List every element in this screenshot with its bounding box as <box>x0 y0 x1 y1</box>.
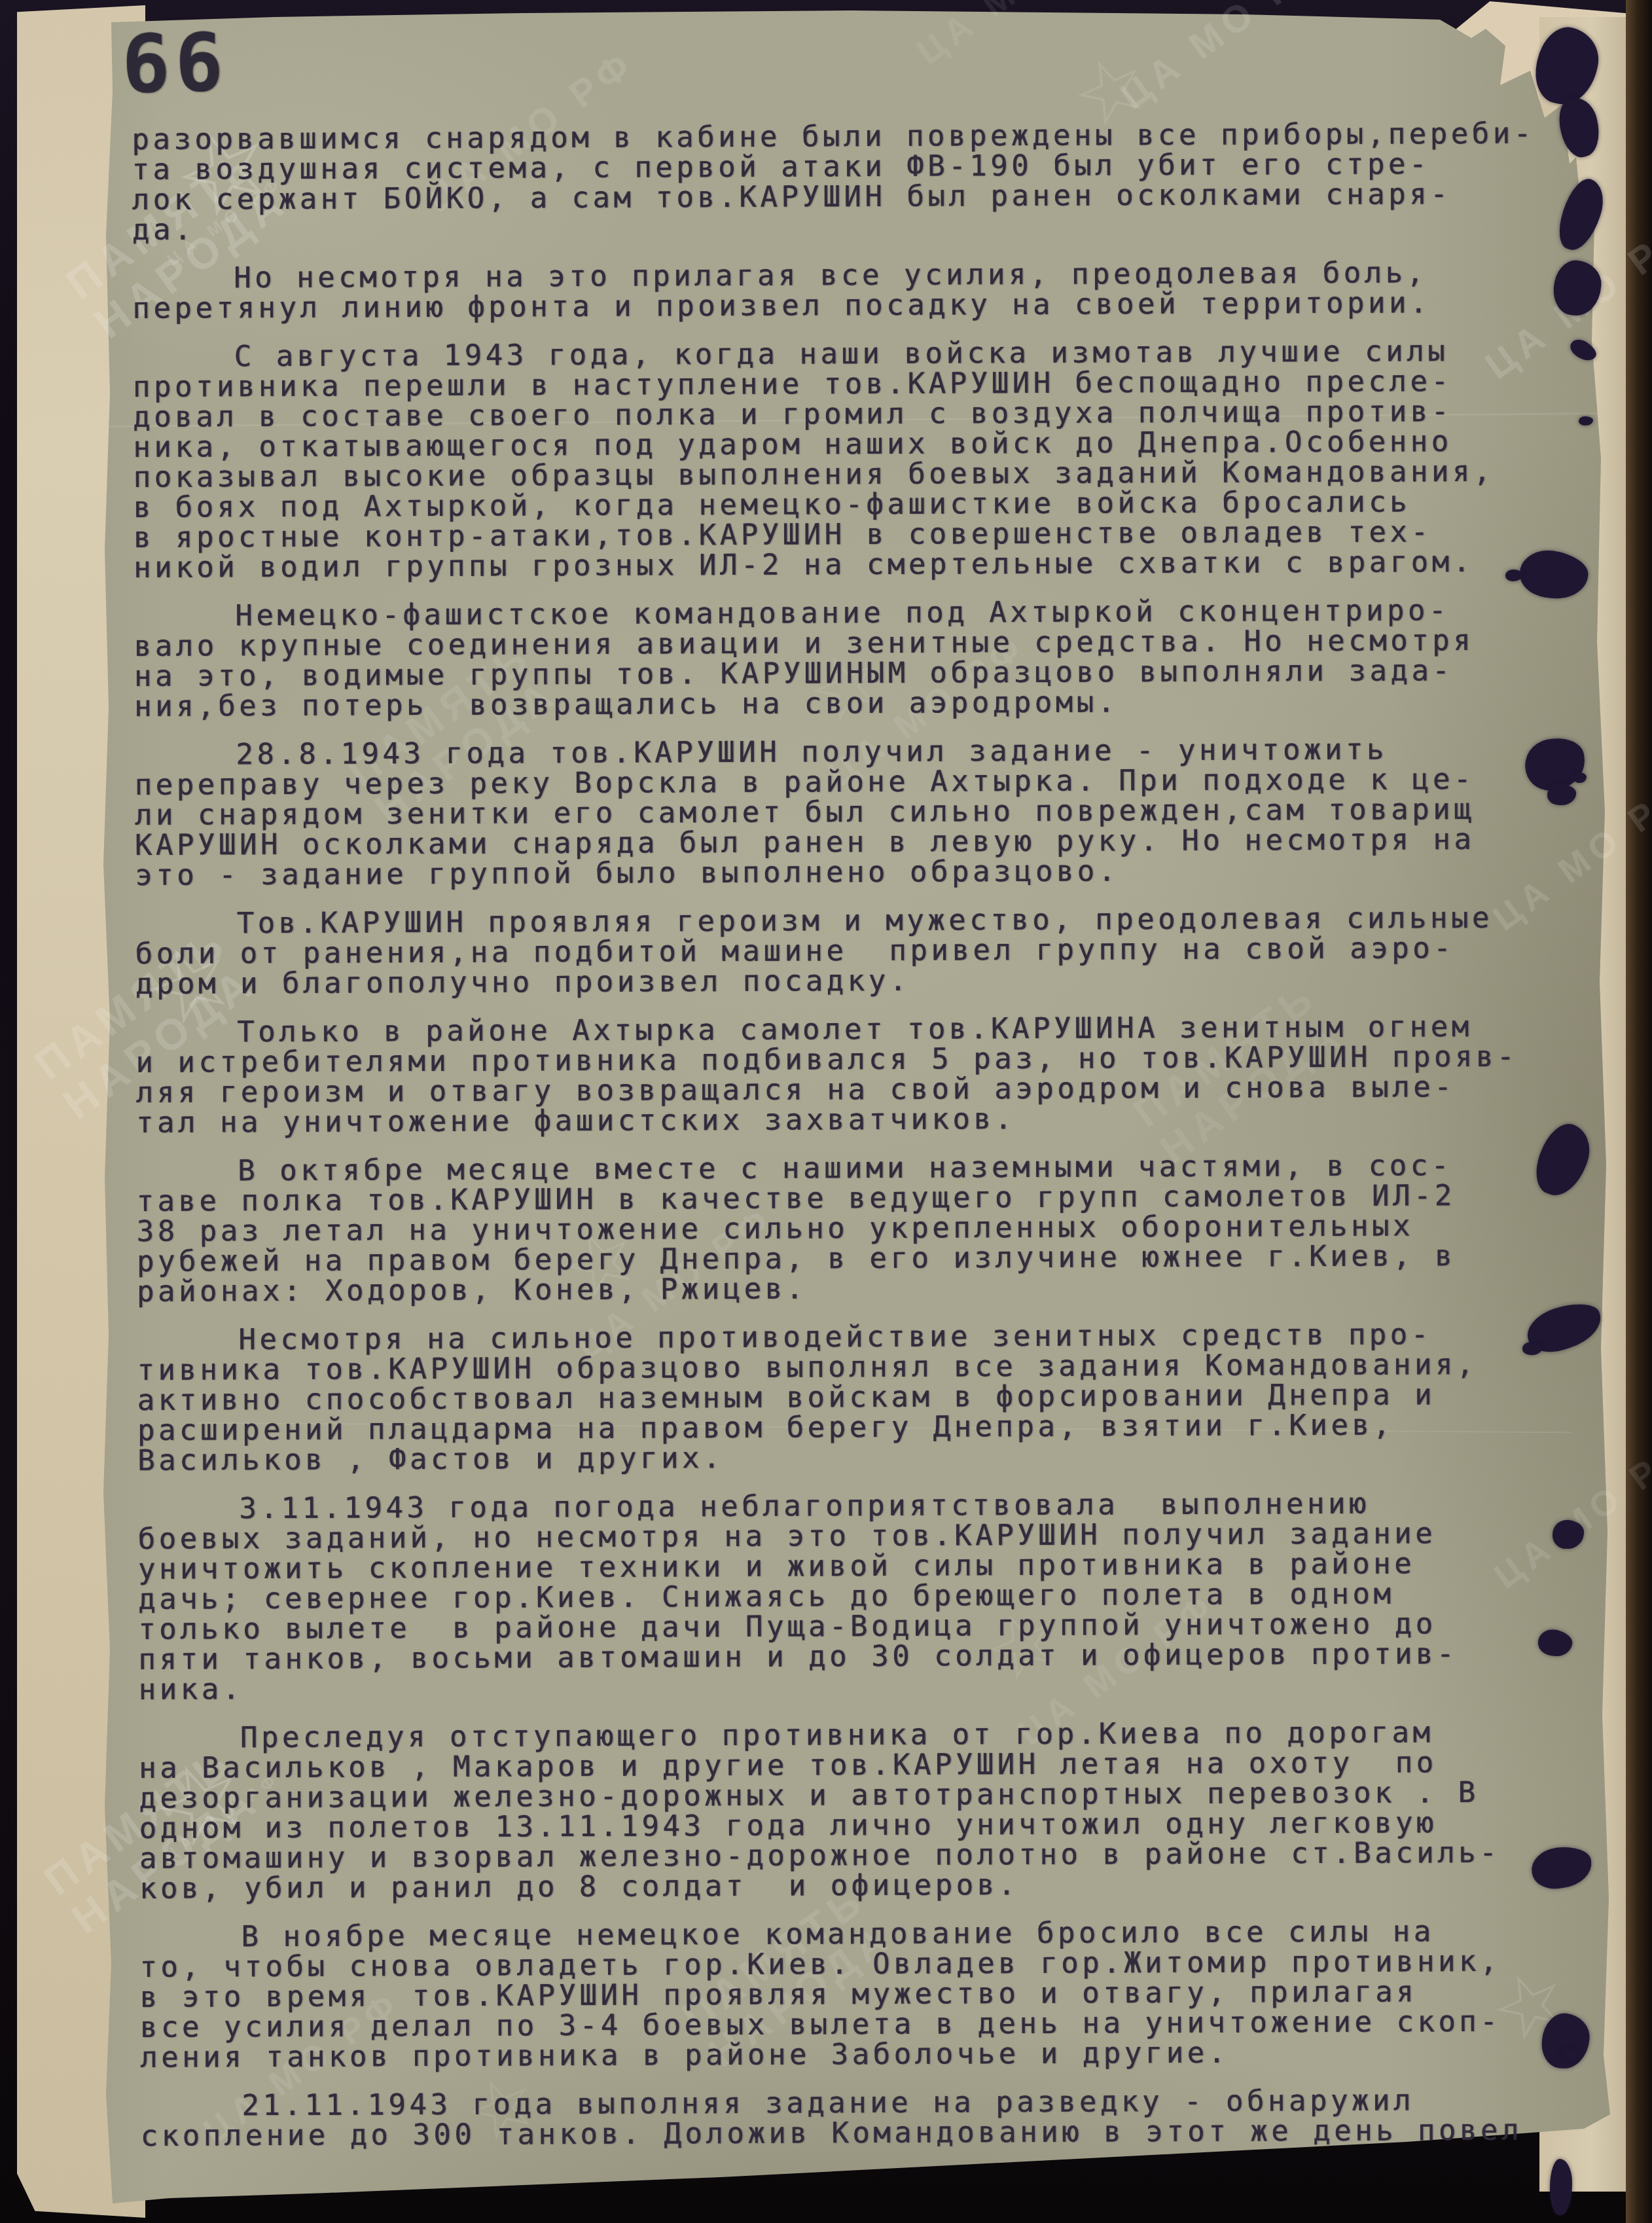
paragraph: Преследуя отступающего противника от гор… <box>139 1717 1612 1904</box>
paragraph: Но несмотря на это прилагая все усилия, … <box>132 257 1605 324</box>
paragraph: Тов.КАРУШИН проявляя героизм и мужество,… <box>135 903 1608 1000</box>
paragraph: 3.11.1943 года погода неблагоприятствова… <box>137 1488 1611 1705</box>
binding-edge <box>1626 0 1652 2223</box>
paragraph: 21.11.1943 года выполняя задание на разв… <box>140 2085 1613 2152</box>
paragraph: 28.8.1943 года тов.КАРУШИН получил задан… <box>134 734 1607 891</box>
typewritten-text-block: разорвавшимся снарядом в кабине были пов… <box>132 118 1613 2152</box>
page-number: 66 <box>121 16 230 111</box>
paragraph: Немецко-фашистское командование под Ахты… <box>134 595 1607 722</box>
paragraph: разорвавшимся снарядом в кабине были пов… <box>132 118 1605 245</box>
ink-blot <box>1550 2159 1572 2215</box>
scanned-document: { "page": { "number": "66", "watermark":… <box>0 0 1652 2223</box>
paragraph: В октябре месяце вместе с нашими наземны… <box>136 1150 1609 1307</box>
paragraph: Несмотря на сильное противодействие зени… <box>137 1319 1610 1476</box>
paragraph: В ноябре месяце немецкое командование бр… <box>139 1916 1613 2073</box>
paragraph: Только в районе Ахтырка самолет тов.КАРУ… <box>135 1011 1609 1138</box>
paragraph: С августа 1943 года, когда наши войска и… <box>133 336 1607 583</box>
